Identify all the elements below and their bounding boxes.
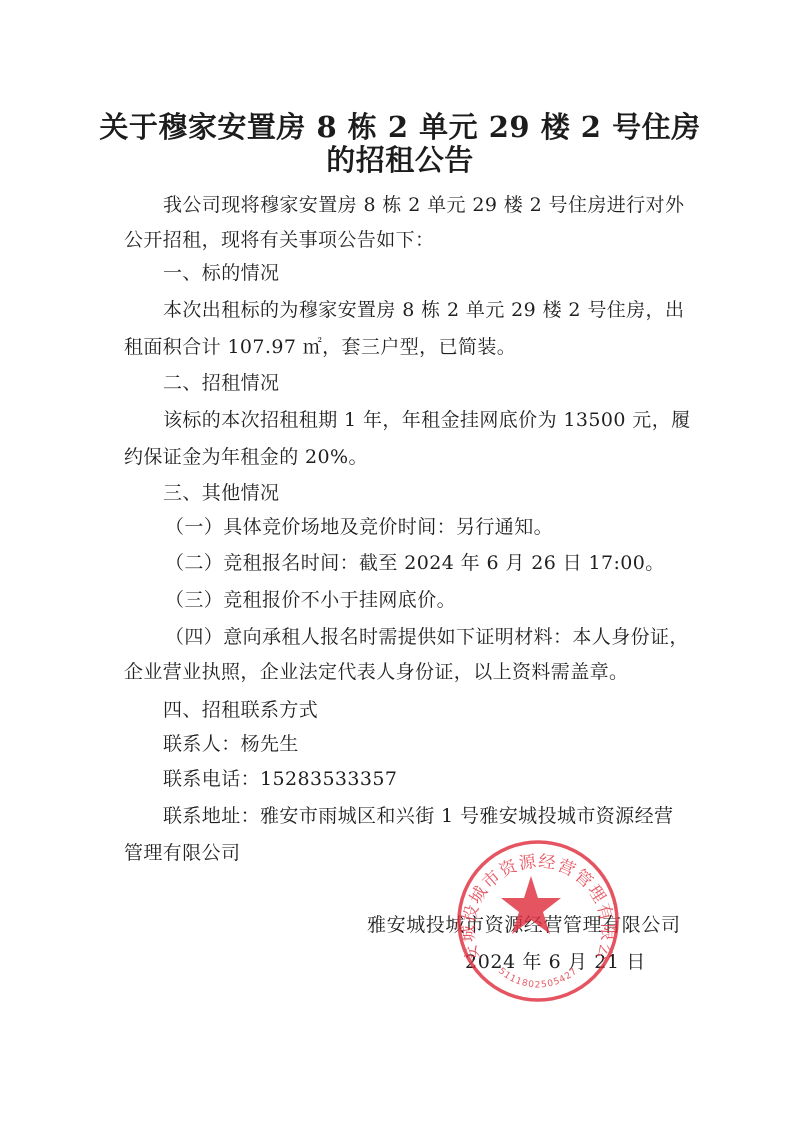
contact-phone: 联系电话：15283533357 bbox=[163, 767, 397, 791]
section4-heading: 四、招租联系方式 bbox=[163, 698, 318, 722]
contact-address-line2: 管理有限公司 bbox=[124, 841, 240, 865]
section3-item4-line1: （四）意向承租人报名时需提供如下证明材料：本人身份证， bbox=[165, 625, 689, 649]
section1-body-line2: 租面积合计 107.97 ㎡，套三户型，已简装。 bbox=[124, 335, 516, 359]
seal-arc-text: 雅安城投城市资源经营管理有限公司 bbox=[455, 838, 617, 964]
section3-heading: 三、其他情况 bbox=[163, 481, 279, 505]
section1-heading: 一、标的情况 bbox=[163, 261, 279, 285]
contact-person: 联系人：杨先生 bbox=[163, 732, 299, 756]
document-title-line1: 关于穆家安置房 8 栋 2 单元 29 楼 2 号住房 bbox=[0, 110, 800, 144]
document-page: 关于穆家安置房 8 栋 2 单元 29 楼 2 号住房 的招租公告 我公司现将穆… bbox=[0, 0, 800, 1131]
intro-paragraph-line2: 公开招租，现将有关事项公告如下： bbox=[124, 228, 434, 252]
section2-body-line1: 该标的本次招租租期 1 年，年租金挂网底价为 13500 元，履 bbox=[163, 408, 691, 432]
contact-address-line1: 联系地址：雅安市雨城区和兴街 1 号雅安城投城市资源经营 bbox=[163, 804, 673, 828]
section3-item1: （一）具体竞价场地及竞价时间：另行通知。 bbox=[165, 515, 553, 539]
intro-paragraph-line1: 我公司现将穆家安置房 8 栋 2 单元 29 楼 2 号住房进行对外 bbox=[163, 193, 684, 217]
section3-item3: （三）竞租报价不小于挂网底价。 bbox=[165, 588, 456, 612]
section1-body-line1: 本次出租标的为穆家安置房 8 栋 2 单元 29 楼 2 号住房，出 bbox=[163, 298, 684, 322]
document-title-line2: 的招租公告 bbox=[0, 143, 800, 177]
signature-company: 雅安城投城市资源经营管理有限公司 bbox=[367, 913, 681, 937]
signature-date: 2024 年 6 月 21 日 bbox=[465, 950, 646, 974]
section3-item4-line2: 企业营业执照，企业法定代表人身份证，以上资料需盖章。 bbox=[124, 660, 628, 684]
section3-item2: （二）竞租报名时间：截至 2024 年 6 月 26 日 17:00。 bbox=[165, 551, 665, 575]
section2-body-line2: 约保证金为年租金的 20%。 bbox=[124, 445, 368, 469]
section2-heading: 二、招租情况 bbox=[163, 371, 279, 395]
